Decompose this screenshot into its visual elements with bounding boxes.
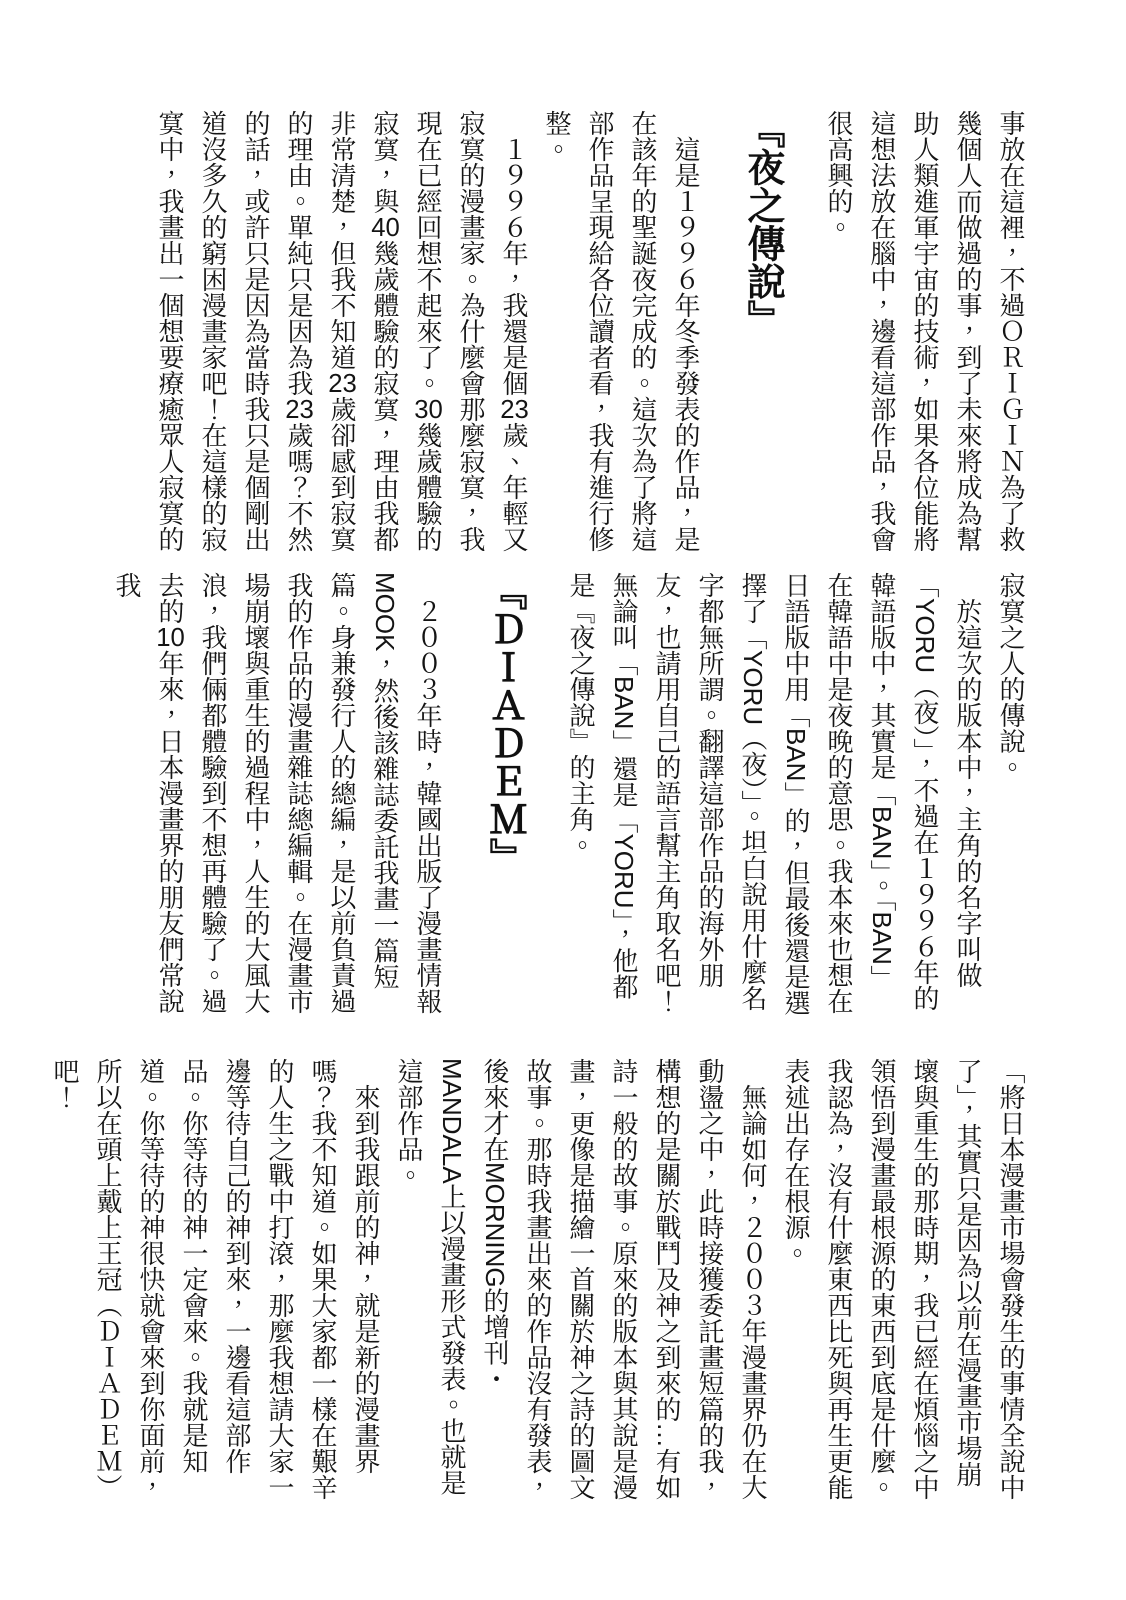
afterword-page: 事放在這裡，不過ＯＲＩＧＩＮ為了救幾個人而做過的事，到了未來將成為幫助人類進軍宇… <box>0 0 1126 1600</box>
paragraph: 這是１９９６年冬季發表的作品，是在該年的聖誕夜完成的。這次為了將這部作品呈現給各… <box>535 110 707 554</box>
text-segment: １９９６年，我還是個 <box>499 136 529 396</box>
paragraph: 於這次的版本中，主角的名字叫做「YORU（夜）」，不過在１９９６年的韓語版中，其… <box>559 572 989 1016</box>
paragraph-continued-from-previous-page: 事放在這裡，不過ＯＲＩＧＩＮ為了救幾個人而做過的事，到了未來將成為幫助人類進軍宇… <box>817 110 1032 554</box>
section-title-night-legend: 『夜之傳說』 <box>729 110 795 554</box>
paragraph-continued: 「將日本漫畫市場會發生的事情全說中了」，其實只是因為以前在漫畫市場崩壞與重生的那… <box>774 1058 1032 1502</box>
paragraph: １９９６年，我還是個23歲、年輕又寂寞的漫畫家。為什麼會那麼寂寞，我現在已經回想… <box>148 110 535 554</box>
text-segment: ２００３年時，韓國出版了漫畫情報MOOK，然後該雜誌委託我畫一篇短篇。身兼發行人… <box>155 572 443 1014</box>
text-segment: 無論如何，２００３年漫畫界仍在大動盪之中，此時接獲委託畫短篇的我，構想的是關於戰… <box>394 1058 768 1500</box>
text-segment: 30 <box>413 396 443 422</box>
paragraph: 來到我跟前的神，就是新的漫畫界嗎？我不知道。如果大家都一樣在艱辛的人生之戰中打滾… <box>43 1058 387 1502</box>
text-segment: 23 <box>327 370 357 396</box>
text-segment: 「將日本漫畫市場會發生的事情全說中了」，其實只是因為以前在漫畫市場崩壞與重生的那… <box>781 1058 1026 1500</box>
text-segment: 23 <box>499 396 529 422</box>
text-segment: 23 <box>284 396 314 422</box>
text-segment: 事放在這裡，不過ＯＲＩＧＩＮ為了救幾個人而做過的事，到了未來將成為幫助人類進軍宇… <box>824 110 1026 552</box>
text-segment: 寂寞之人的傳說。 <box>996 572 1026 780</box>
text-segment: 10 <box>155 624 185 650</box>
text-segment: 40 <box>370 214 400 240</box>
section-night-legend: 事放在這裡，不過ＯＲＩＧＩＮ為了救幾個人而做過的事，到了未來將成為幫助人類進軍宇… <box>148 110 1032 554</box>
section-title-diadem: 『ＤＩＡＤＥＭ』 <box>471 572 537 1016</box>
section-diadem: 寂寞之人的傳說。 於這次的版本中，主角的名字叫做「YORU（夜）」，不過在１９９… <box>105 572 1032 1016</box>
text-segment: 這是１９９６年冬季發表的作品，是在該年的聖誕夜完成的。這次為了將這部作品呈現給各… <box>542 110 701 552</box>
text-segment: 來到我跟前的神，就是新的漫畫界嗎？我不知道。如果大家都一樣在艱辛的人生之戰中打滾… <box>50 1058 381 1500</box>
section-closing: 「將日本漫畫市場會發生的事情全說中了」，其實只是因為以前在漫畫市場崩壞與重生的那… <box>43 1058 1032 1502</box>
paragraph-continued: 寂寞之人的傳說。 <box>989 572 1032 1016</box>
text-segment: 於這次的版本中，主角的名字叫做「YORU（夜）」，不過在１９９６年的韓語版中，其… <box>566 572 983 1015</box>
paragraph: ２００３年時，韓國出版了漫畫情報MOOK，然後該雜誌委託我畫一篇短篇。身兼發行人… <box>105 572 449 1016</box>
paragraph: 無論如何，２００３年漫畫界仍在大動盪之中，此時接獲委託畫短篇的我，構想的是關於戰… <box>387 1058 774 1502</box>
